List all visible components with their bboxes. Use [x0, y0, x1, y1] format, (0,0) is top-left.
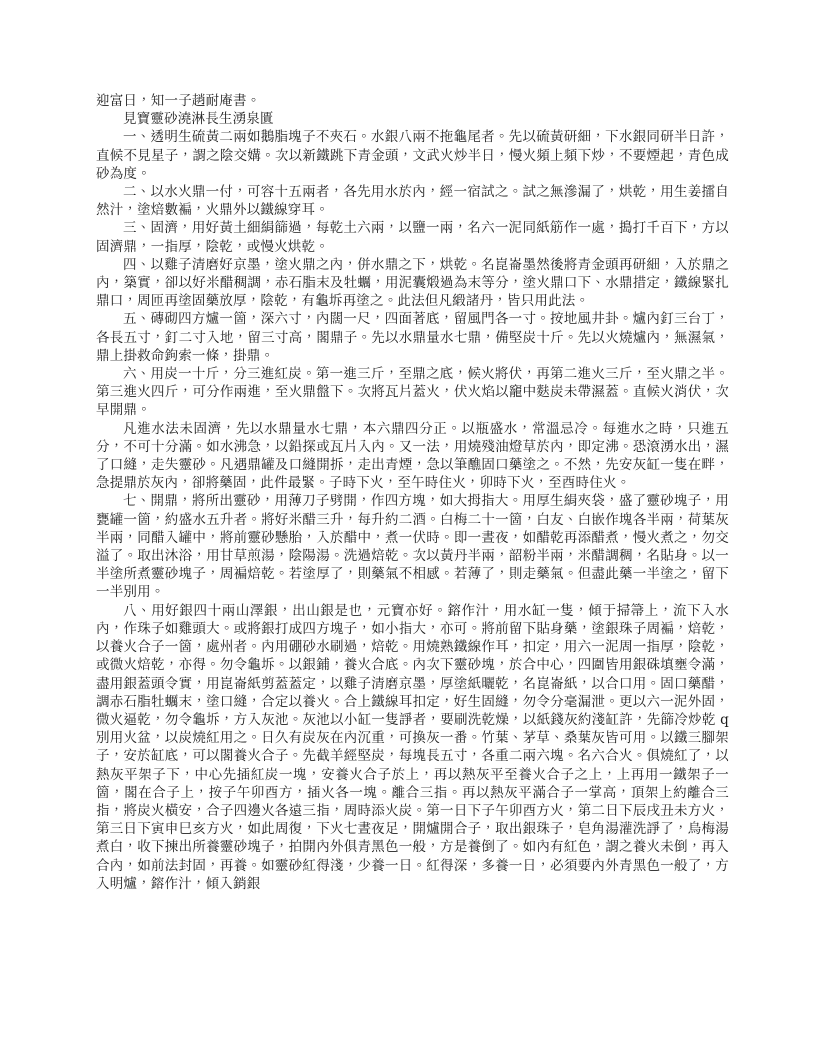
paragraph-item-4: 四、以雞子清磨好京墨，塗火鼎之內，併水鼎之下，烘乾。名崑崙墨然後將青金頭再研細，…	[96, 256, 729, 311]
section-title: 見寶靈砂澆淋長生湧泉匱	[96, 110, 729, 128]
paragraph-item-7: 七、開鼎，將所出靈砂，用薄刀子劈開，作四方塊，如大拇指大。用厚生絹夾袋，盛了靈砂…	[96, 492, 729, 601]
paragraph-item-3: 三、固濟，用好黃土細絹篩過，每乾土六兩，以鹽一兩，名六一泥同紙筋作一處，搗打千百…	[96, 219, 729, 255]
paragraph-item-5: 五、磚砌四方爐一箇，深六寸，內闊一尺，四面著底，留風門各一寸。按地風井卦。爐內釘…	[96, 310, 729, 365]
document-page: 迎富日，知一子趙耐庵書。 見寶靈砂澆淋長生湧泉匱 一、透明生硫黃二兩如鵝脂塊子不…	[0, 0, 816, 1056]
paragraph-item-1: 一、透明生硫黃二兩如鵝脂塊子不夾石。水銀八兩不拖龜尾者。先以硫黃研細，下水銀同研…	[96, 128, 729, 183]
paragraph-water-method: 凡進水法未固濟，先以水鼎量水七鼎，本六鼎四分正。以瓶盛水，常溫忌冷。每進水之時，…	[96, 420, 729, 493]
paragraph-item-6: 六、用炭一十斤，分三進紅炭。第一進三斤，至鼎之底，候火將伏，再第二進火三斤，至火…	[96, 365, 729, 420]
paragraph-item-8: 八、用好銀四十兩山澤銀，出山銀是也，元寶亦好。鎔作汁，用水缸一隻，傾于掃箒上，流…	[96, 602, 729, 893]
text-block: 迎富日，知一子趙耐庵書。 見寶靈砂澆淋長生湧泉匱 一、透明生硫黃二兩如鵝脂塊子不…	[96, 92, 729, 893]
continuation-line: 迎富日，知一子趙耐庵書。	[96, 92, 729, 110]
paragraph-item-2: 二、以水火鼎一付，可容十五兩者，各先用水於內，經一宿試之。試之無滲漏了，烘乾，用…	[96, 183, 729, 219]
